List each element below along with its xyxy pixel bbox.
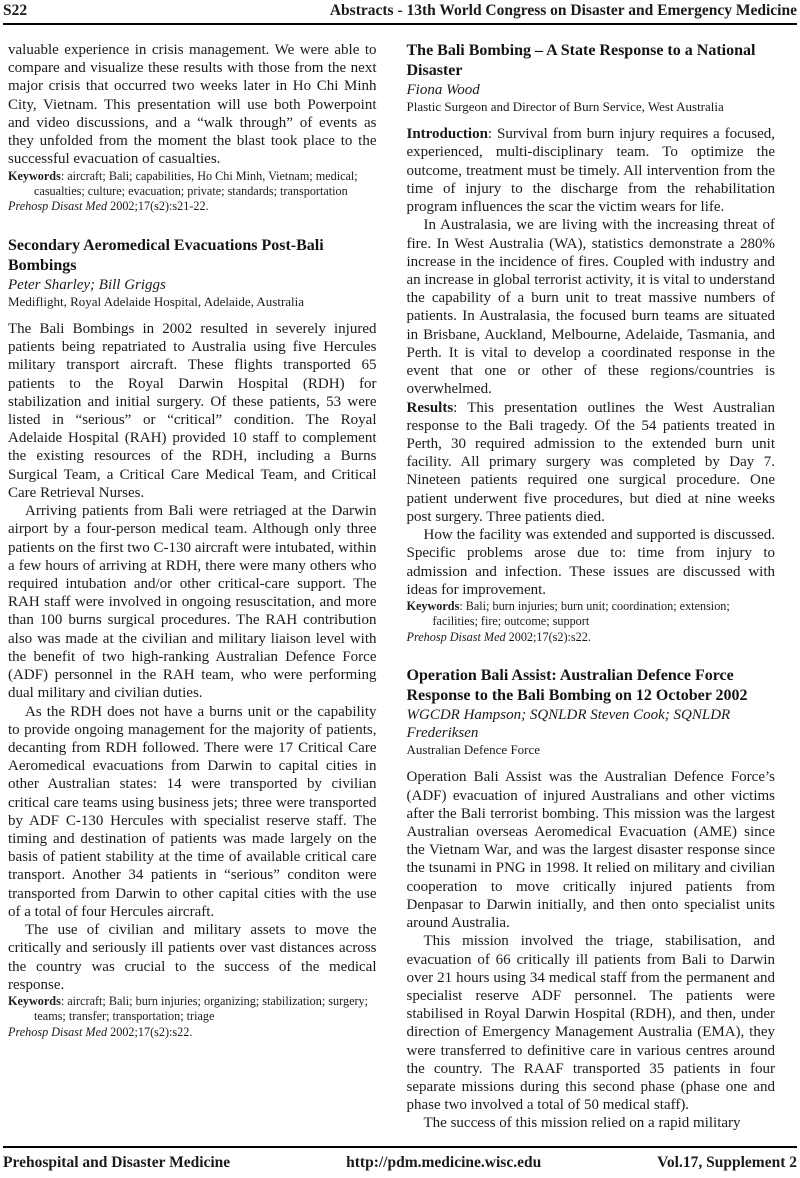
abstract-state-response: The Bali Bombing – A State Response to a…: [407, 41, 776, 645]
keywords-label: Keywords: [8, 994, 61, 1008]
abstract-title: Secondary Aeromedical Evacuations Post-B…: [8, 236, 377, 276]
abstract-body-paragraph: The use of civilian and military assets …: [8, 921, 377, 994]
abstract-secondary-aeromedical: Secondary Aeromedical Evacuations Post-B…: [8, 236, 377, 1040]
abstract-affiliation: Australian Defence Force: [407, 742, 776, 758]
footer-volume: Vol.17, Supplement 2: [657, 1154, 797, 1172]
section-label: Results: [407, 400, 454, 416]
citation-detail: 2002;17(s2):s21-22.: [107, 199, 209, 213]
abstract-affiliation: Plastic Surgeon and Director of Burn Ser…: [407, 99, 776, 115]
running-title: Abstracts - 13th World Congress on Disas…: [330, 2, 797, 21]
abstract-body-paragraph: Introduction: Survival from burn injury …: [407, 125, 776, 216]
citation-line: Prehosp Disast Med 2002;17(s2):s21-22.: [8, 199, 377, 214]
section-label: Introduction: [407, 126, 488, 142]
abstract-operation-bali-assist: Operation Bali Assist: Australian Defenc…: [407, 666, 776, 1133]
keywords-line: Keywords: aircraft; Bali; capabilities, …: [8, 169, 377, 200]
keywords-text: : aircraft; Bali; capabilities, Ho Chi M…: [34, 169, 358, 198]
citation-journal: Prehosp Disast Med: [407, 630, 506, 644]
abstract-body-paragraph: How the facility was extended and suppor…: [407, 526, 776, 599]
abstract-title: Operation Bali Assist: Australian Defenc…: [407, 666, 776, 706]
abstract-continued: valuable experience in crisis management…: [8, 41, 377, 215]
keywords-text: : Bali; burn injuries; burn unit; coordi…: [433, 599, 730, 628]
abstract-body-paragraph: The Bali Bombings in 2002 resulted in se…: [8, 320, 377, 502]
citation-line: Prehosp Disast Med 2002;17(s2):s22.: [407, 630, 776, 645]
keywords-label: Keywords: [407, 599, 460, 613]
abstract-body-paragraph: Results: This presentation outlines the …: [407, 399, 776, 527]
footer-journal-name: Prehospital and Disaster Medicine: [3, 1154, 230, 1172]
keywords-label: Keywords: [8, 169, 61, 183]
two-column-body: valuable experience in crisis management…: [8, 41, 775, 1133]
keywords-line: Keywords: aircraft; Bali; burn injuries;…: [8, 994, 377, 1025]
citation-line: Prehosp Disast Med 2002;17(s2):s22.: [8, 1025, 377, 1040]
citation-journal: Prehosp Disast Med: [8, 1025, 107, 1039]
abstract-authors: Fiona Wood: [407, 81, 776, 99]
citation-detail: 2002;17(s2):s22.: [506, 630, 591, 644]
footer-url: http://pdm.medicine.wisc.edu: [346, 1154, 541, 1172]
abstract-body-paragraph: In Australasia, we are living with the i…: [407, 216, 776, 398]
keywords-text: : aircraft; Bali; burn injuries; organiz…: [34, 994, 368, 1023]
abstract-authors: Peter Sharley; Bill Griggs: [8, 276, 377, 294]
abstract-body-paragraph: Arriving patients from Bali were retriag…: [8, 502, 377, 702]
journal-page: S22 Abstracts - 13th World Congress on D…: [0, 0, 800, 1178]
abstract-affiliation: Mediflight, Royal Adelaide Hospital, Ade…: [8, 294, 377, 310]
right-column: The Bali Bombing – A State Response to a…: [407, 41, 776, 1133]
abstract-body-paragraph: This mission involved the triage, stabil…: [407, 932, 776, 1114]
citation-journal: Prehosp Disast Med: [8, 199, 107, 213]
abstract-body-paragraph: The success of this mission relied on a …: [407, 1114, 776, 1132]
keywords-line: Keywords: Bali; burn injuries; burn unit…: [407, 599, 776, 630]
running-head: S22 Abstracts - 13th World Congress on D…: [3, 0, 797, 21]
abstract-authors: WGCDR Hampson; SQNLDR Steven Cook; SQNLD…: [407, 706, 776, 742]
header-rule: [3, 23, 797, 25]
abstract-title: The Bali Bombing – A State Response to a…: [407, 41, 776, 81]
abstract-body-paragraph: valuable experience in crisis management…: [8, 41, 377, 169]
citation-detail: 2002;17(s2):s22.: [107, 1025, 192, 1039]
abstract-body-paragraph: As the RDH does not have a burns unit or…: [8, 703, 377, 922]
page-number: S22: [3, 2, 27, 21]
paragraph-text: : This presentation outlines the West Au…: [407, 400, 776, 525]
abstract-body-paragraph: Operation Bali Assist was the Australian…: [407, 768, 776, 932]
page-header: S22 Abstracts - 13th World Congress on D…: [3, 0, 797, 25]
left-column: valuable experience in crisis management…: [8, 41, 377, 1133]
page-footer: Prehospital and Disaster Medicine http:/…: [3, 1146, 797, 1172]
